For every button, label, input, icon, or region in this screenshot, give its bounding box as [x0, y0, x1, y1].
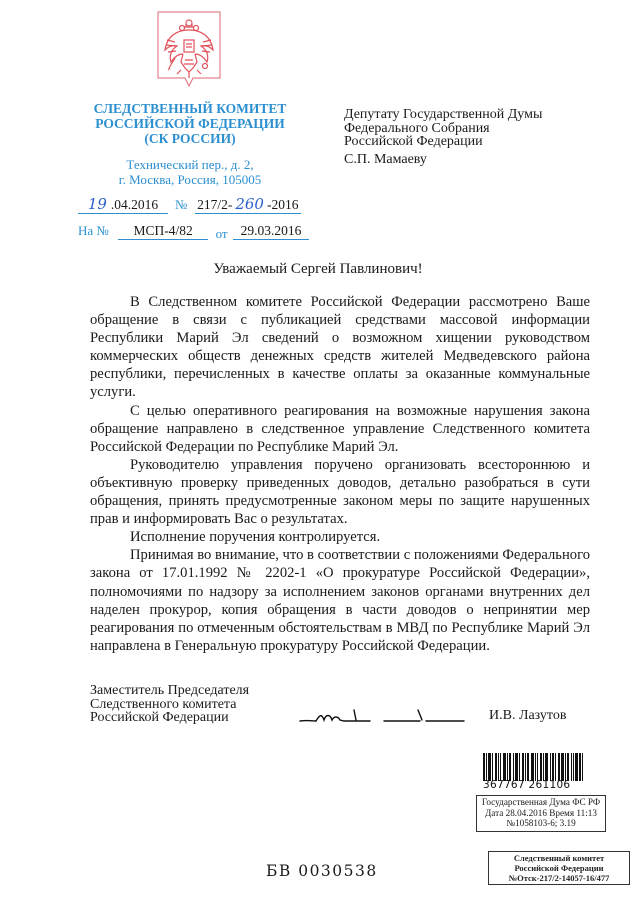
signatory-title-line: Российской Федерации — [90, 711, 249, 725]
stamp-line: Следственный комитет — [489, 853, 629, 863]
number-label: № — [175, 197, 187, 212]
document-number-field: № 217/2-260-2016 — [175, 195, 301, 214]
organization-name: СЛЕДСТВЕННЫЙ КОМИТЕТ РОССИЙСКОЙ ФЕДЕРАЦИ… — [70, 101, 310, 146]
address-line: г. Москва, Россия, 105005 — [70, 172, 310, 187]
stamp-line: №1058103-6; 3.19 — [477, 818, 605, 829]
stamp-line: №Отск-217/2-14057-16/477 — [489, 873, 629, 883]
recipient-name: С.П. Мамаеву — [344, 152, 427, 168]
org-line: (СК РОССИИ) — [70, 131, 310, 146]
recipient-line: Федерального Собрания — [344, 122, 542, 136]
recipient-line: Депутату Государственной Думы — [344, 108, 542, 122]
outgoing-registration-stamp: Следственный комитет Российской Федераци… — [488, 851, 630, 885]
signatory-title: Заместитель Председателя Следственного к… — [90, 684, 249, 725]
number-suffix: -2016 — [267, 197, 299, 212]
stamp-line: Российской Федерации — [489, 863, 629, 873]
body-paragraph: Исполнение поручения контролируется. — [90, 528, 590, 546]
handwritten-number: 260 — [235, 195, 264, 213]
address-line: Технический пер., д. 2, — [70, 157, 310, 172]
document-date-field: 19.04.2016 — [78, 195, 168, 214]
signatory-title-line: Следственного комитета — [90, 698, 249, 712]
number-prefix: 217/2- — [197, 197, 232, 212]
recipient-line: Российской Федерации — [344, 135, 542, 149]
form-serial-number: БВ 0030538 — [266, 862, 378, 880]
handwritten-signature — [298, 706, 478, 724]
body-paragraph: В Следственном комитете Российской Федер… — [90, 293, 590, 402]
ref-number: МСП-4/82 — [118, 223, 208, 240]
barcode-icon — [483, 753, 603, 781]
handwritten-day: 19 — [88, 195, 107, 213]
stamp-line: Государственная Дума ФС РФ — [477, 797, 605, 808]
signatory-title-line: Заместитель Председателя — [90, 684, 249, 698]
body-paragraph: Руководителю управления поручено организ… — [90, 456, 590, 528]
barcode-number: 367767 261106 — [483, 779, 606, 791]
signatory-name: И.В. Лазутов — [489, 708, 566, 724]
recipient-block: Депутату Государственной Думы Федерально… — [344, 108, 542, 149]
ref-date-label: от — [216, 226, 228, 241]
letter-body: В Следственном комитете Российской Федер… — [90, 293, 590, 655]
duma-registration-stamp: Государственная Дума ФС РФ Дата 28.04.20… — [476, 795, 606, 832]
body-paragraph: С целью оперативного реагирования на воз… — [90, 402, 590, 456]
stamp-line: Дата 28.04.2016 Время 11:13 — [477, 808, 605, 819]
organization-address: Технический пер., д. 2, г. Москва, Росси… — [70, 157, 310, 187]
date-month-year: .04.2016 — [111, 197, 158, 212]
ref-label: На № — [78, 223, 109, 238]
coat-of-arms-icon — [155, 10, 223, 90]
org-line: РОССИЙСКОЙ ФЕДЕРАЦИИ — [70, 116, 310, 131]
org-line: СЛЕДСТВЕННЫЙ КОМИТЕТ — [70, 101, 310, 116]
reference-field: На № МСП-4/82 от 29.03.2016 — [78, 223, 309, 240]
ref-date: 29.03.2016 — [233, 223, 309, 240]
body-paragraph: Принимая во внимание, что в соответствии… — [90, 546, 590, 655]
salutation: Уважаемый Сергей Павлинович! — [0, 261, 636, 278]
